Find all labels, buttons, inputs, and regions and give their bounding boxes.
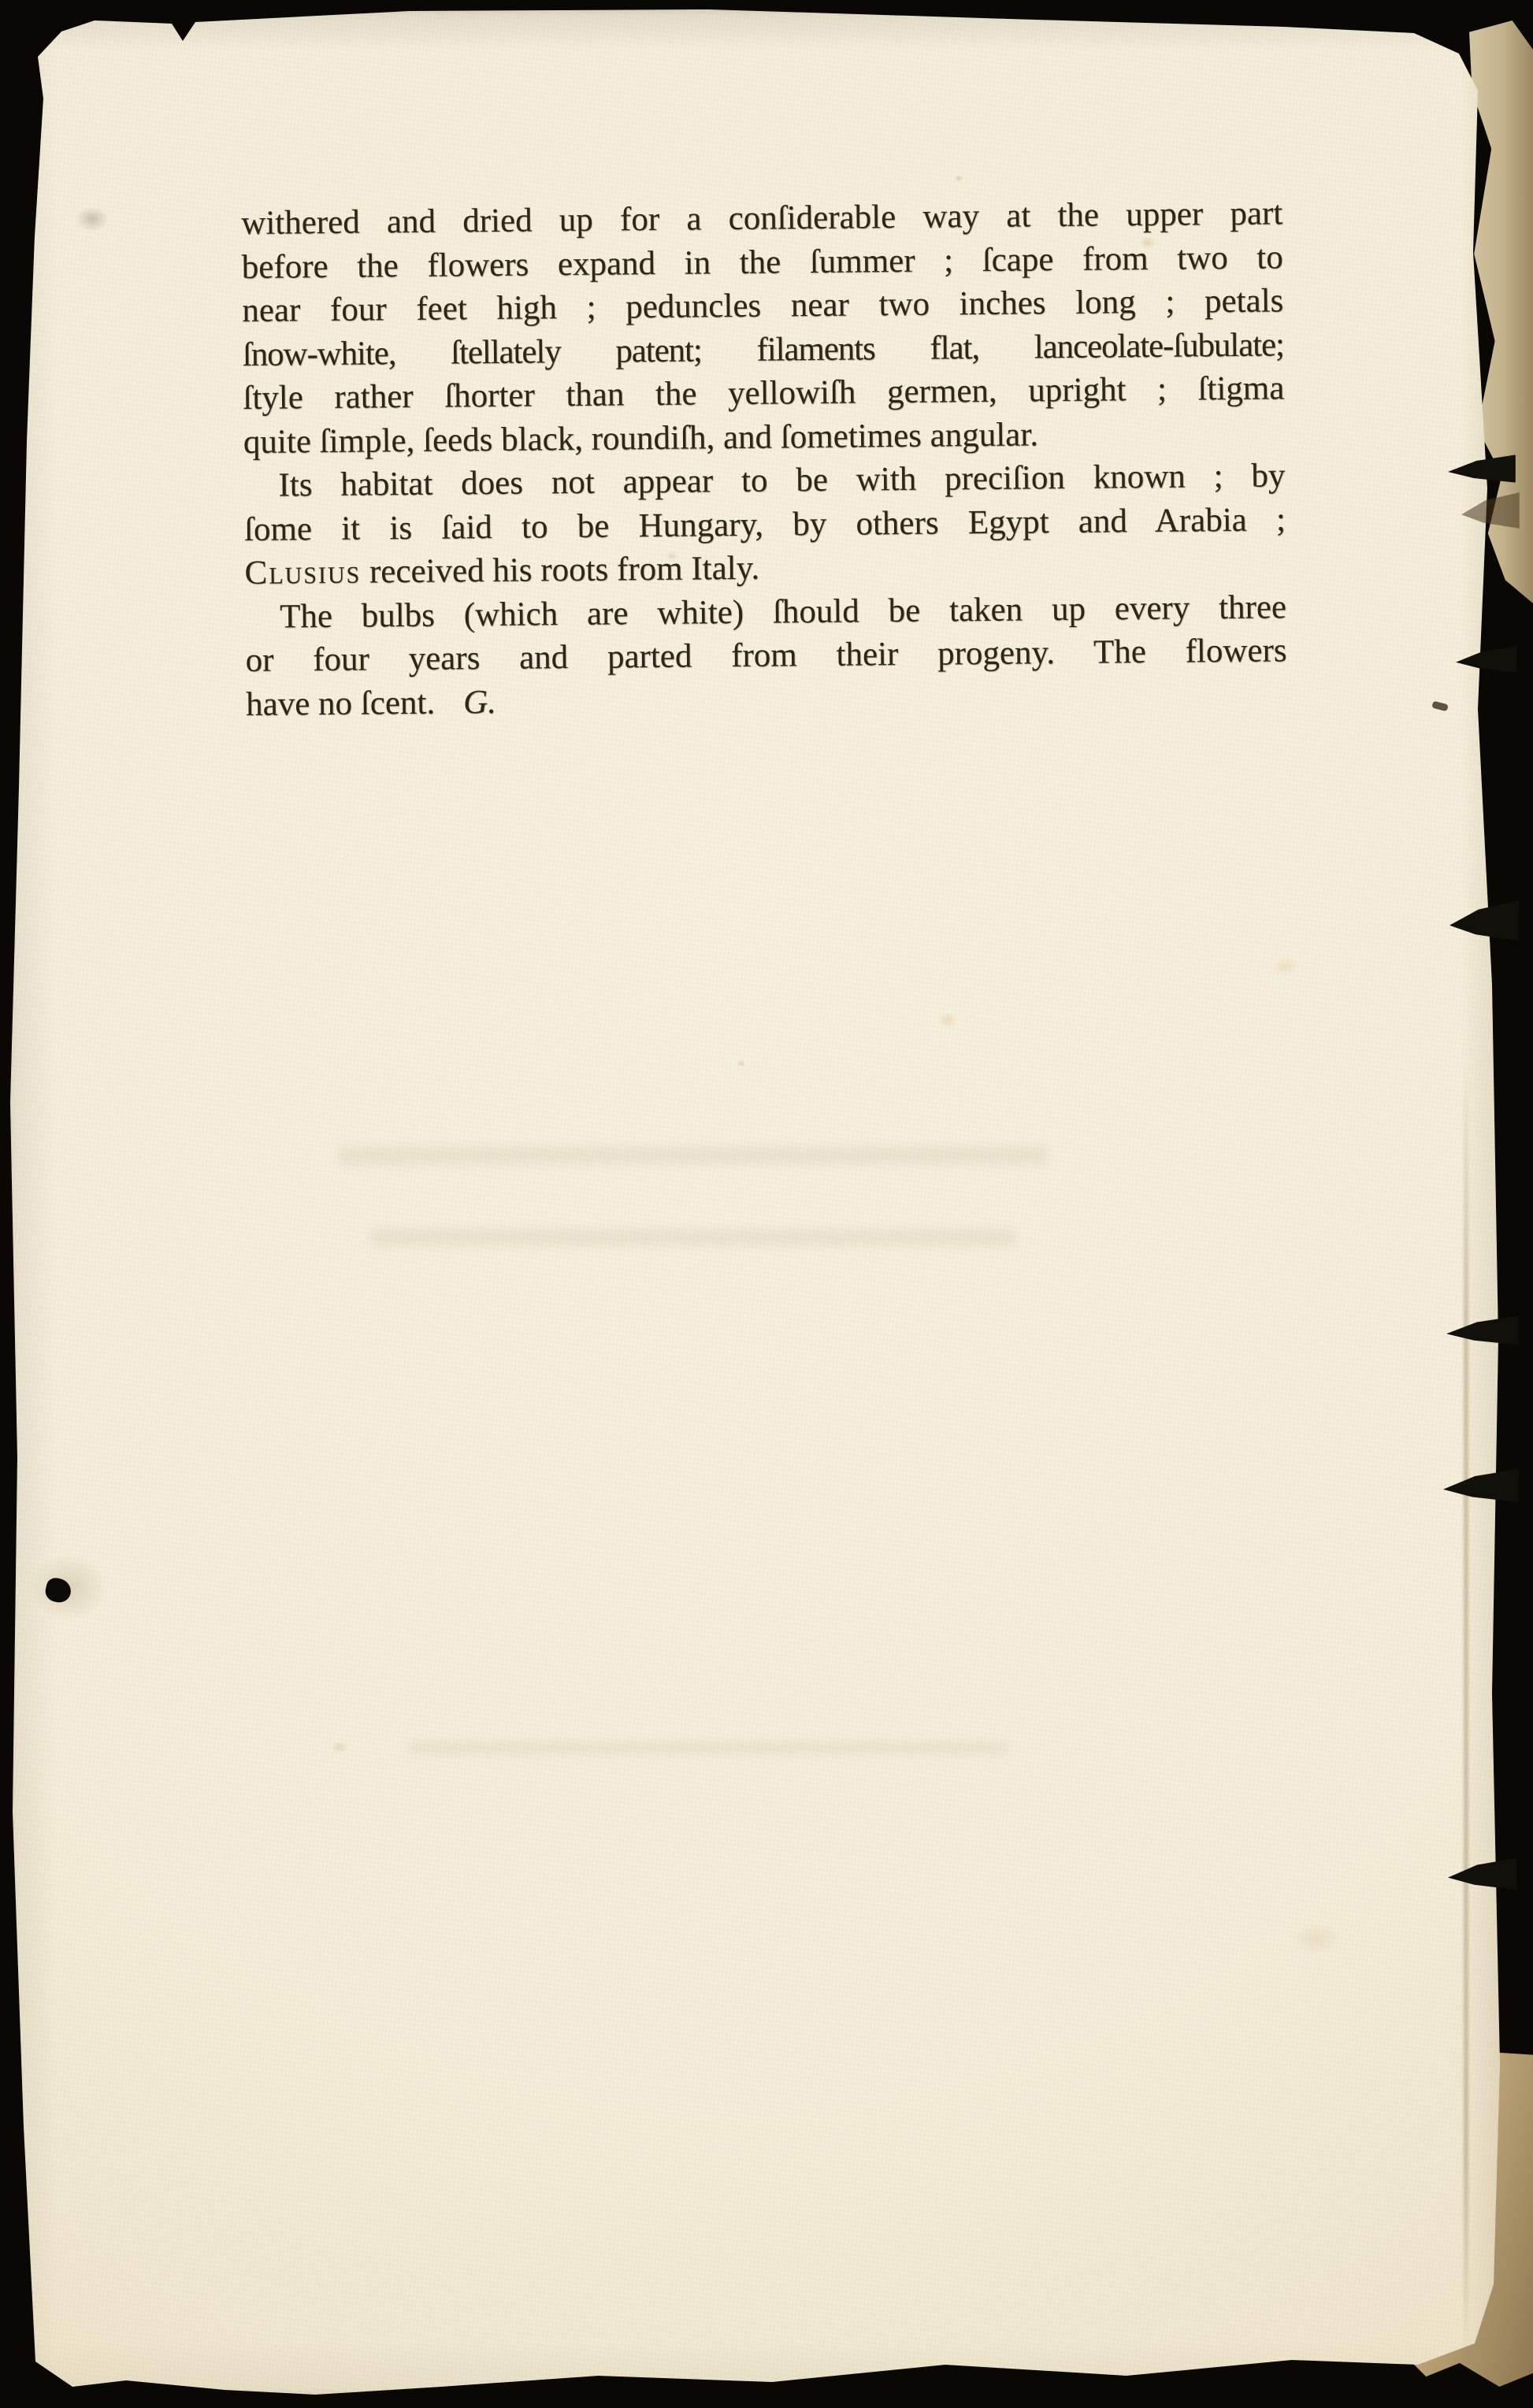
show-through-ghost (339, 1146, 1048, 1165)
foxing-stain (937, 1012, 958, 1028)
paragraph: Its habitat does not appear to be with p… (243, 454, 1286, 595)
page-fold-shadow (1464, 1063, 1468, 2363)
page-text: withered and dried up for a conſiderable… (241, 191, 1287, 726)
foxing-stain (331, 1741, 348, 1753)
paragraph: withered and dried up for a conſiderable… (241, 191, 1285, 464)
author-initial: G. (463, 683, 496, 720)
text-line-rest: received his roots from Italy. (361, 550, 759, 591)
foxing-stain (1272, 957, 1299, 976)
foxing-stain (1292, 1922, 1341, 1955)
show-through-ghost (370, 1229, 1016, 1246)
scanned-book-page-photo: { "document": { "kind": "18th-century bo… (0, 0, 1533, 2408)
paragraph: The bulbs (which are white) ſhould be ta… (245, 585, 1288, 726)
text-line-lead: have no ſcent. (246, 684, 435, 722)
foxing-stain (955, 175, 963, 182)
smudge-mark (76, 206, 109, 232)
show-through-ghost (410, 1742, 1008, 1753)
author-name-smallcaps: Clusius (244, 554, 361, 592)
foxing-stain (737, 1059, 746, 1067)
